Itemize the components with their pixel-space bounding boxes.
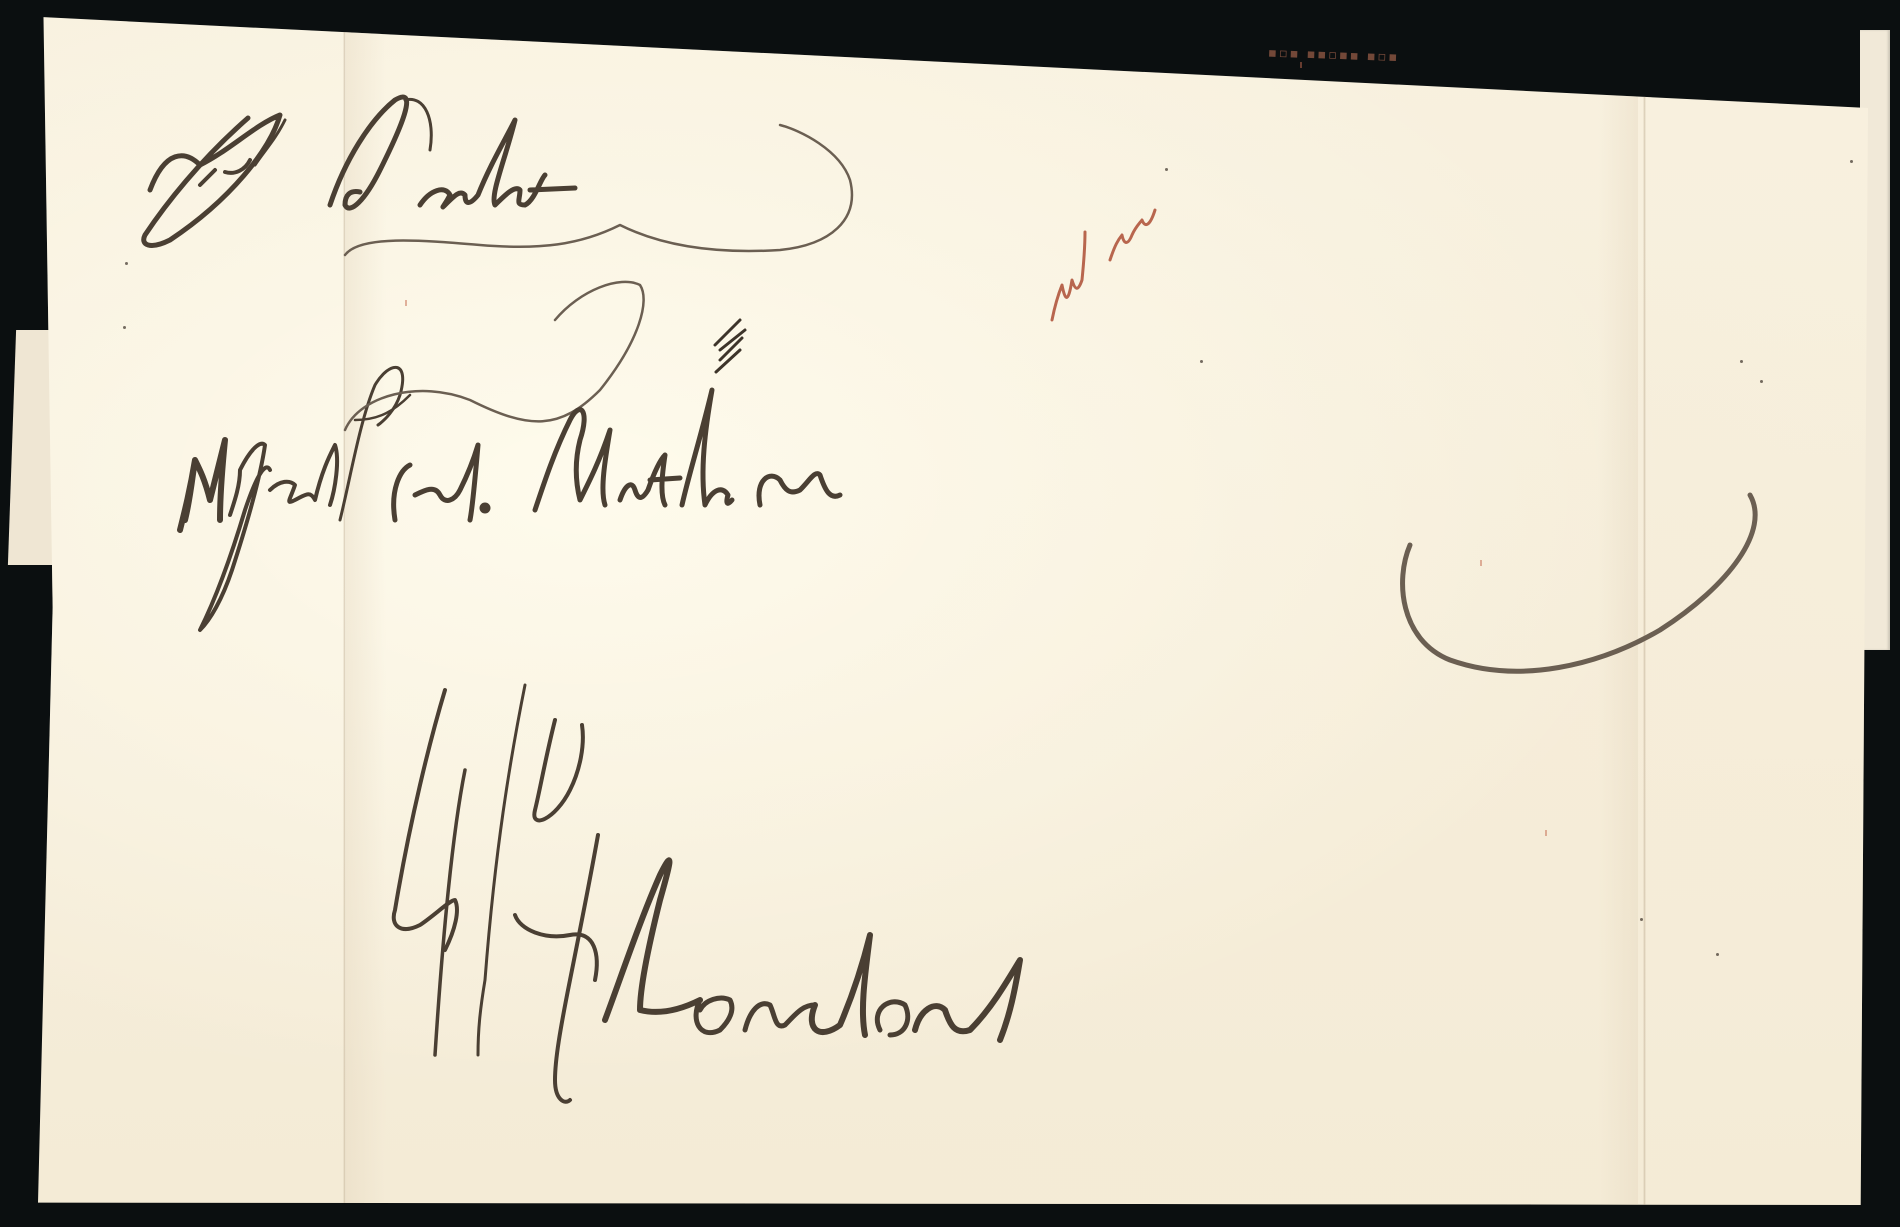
- red-stain: [1300, 62, 1302, 68]
- red-stain: [1480, 560, 1482, 566]
- fold-line-right: [1643, 10, 1646, 1205]
- foxing-speck: [1165, 168, 1168, 171]
- folded-letter: [38, 10, 1868, 1205]
- foxing-speck: [1760, 380, 1763, 383]
- foxing-speck: [1200, 360, 1203, 363]
- red-backstamp: ▪▫▪ ▪▪▫▪▪ ▪▫▪: [1268, 46, 1400, 66]
- foxing-speck: [1850, 160, 1853, 163]
- fold-shadow: [1598, 10, 1638, 1205]
- red-stain: [405, 300, 407, 306]
- foxing-speck: [1640, 918, 1643, 921]
- fold-line-left: [343, 10, 346, 1205]
- routing-text: Pr Packet: [0, 0, 1, 1]
- red-stain: [1545, 830, 1547, 836]
- scan-stage: ▪▫▪ ▪▪▫▪▪ ▪▫▪: [0, 0, 1900, 1227]
- foxing-speck: [123, 326, 126, 329]
- fold-shadow: [346, 10, 386, 1205]
- foxing-speck: [125, 262, 128, 265]
- foxing-speck: [1716, 953, 1719, 956]
- foxing-speck: [1740, 360, 1743, 363]
- transcription: Pr Packet Messrs Fred. Huth & Co 4/4 Lon…: [0, 0, 1, 1]
